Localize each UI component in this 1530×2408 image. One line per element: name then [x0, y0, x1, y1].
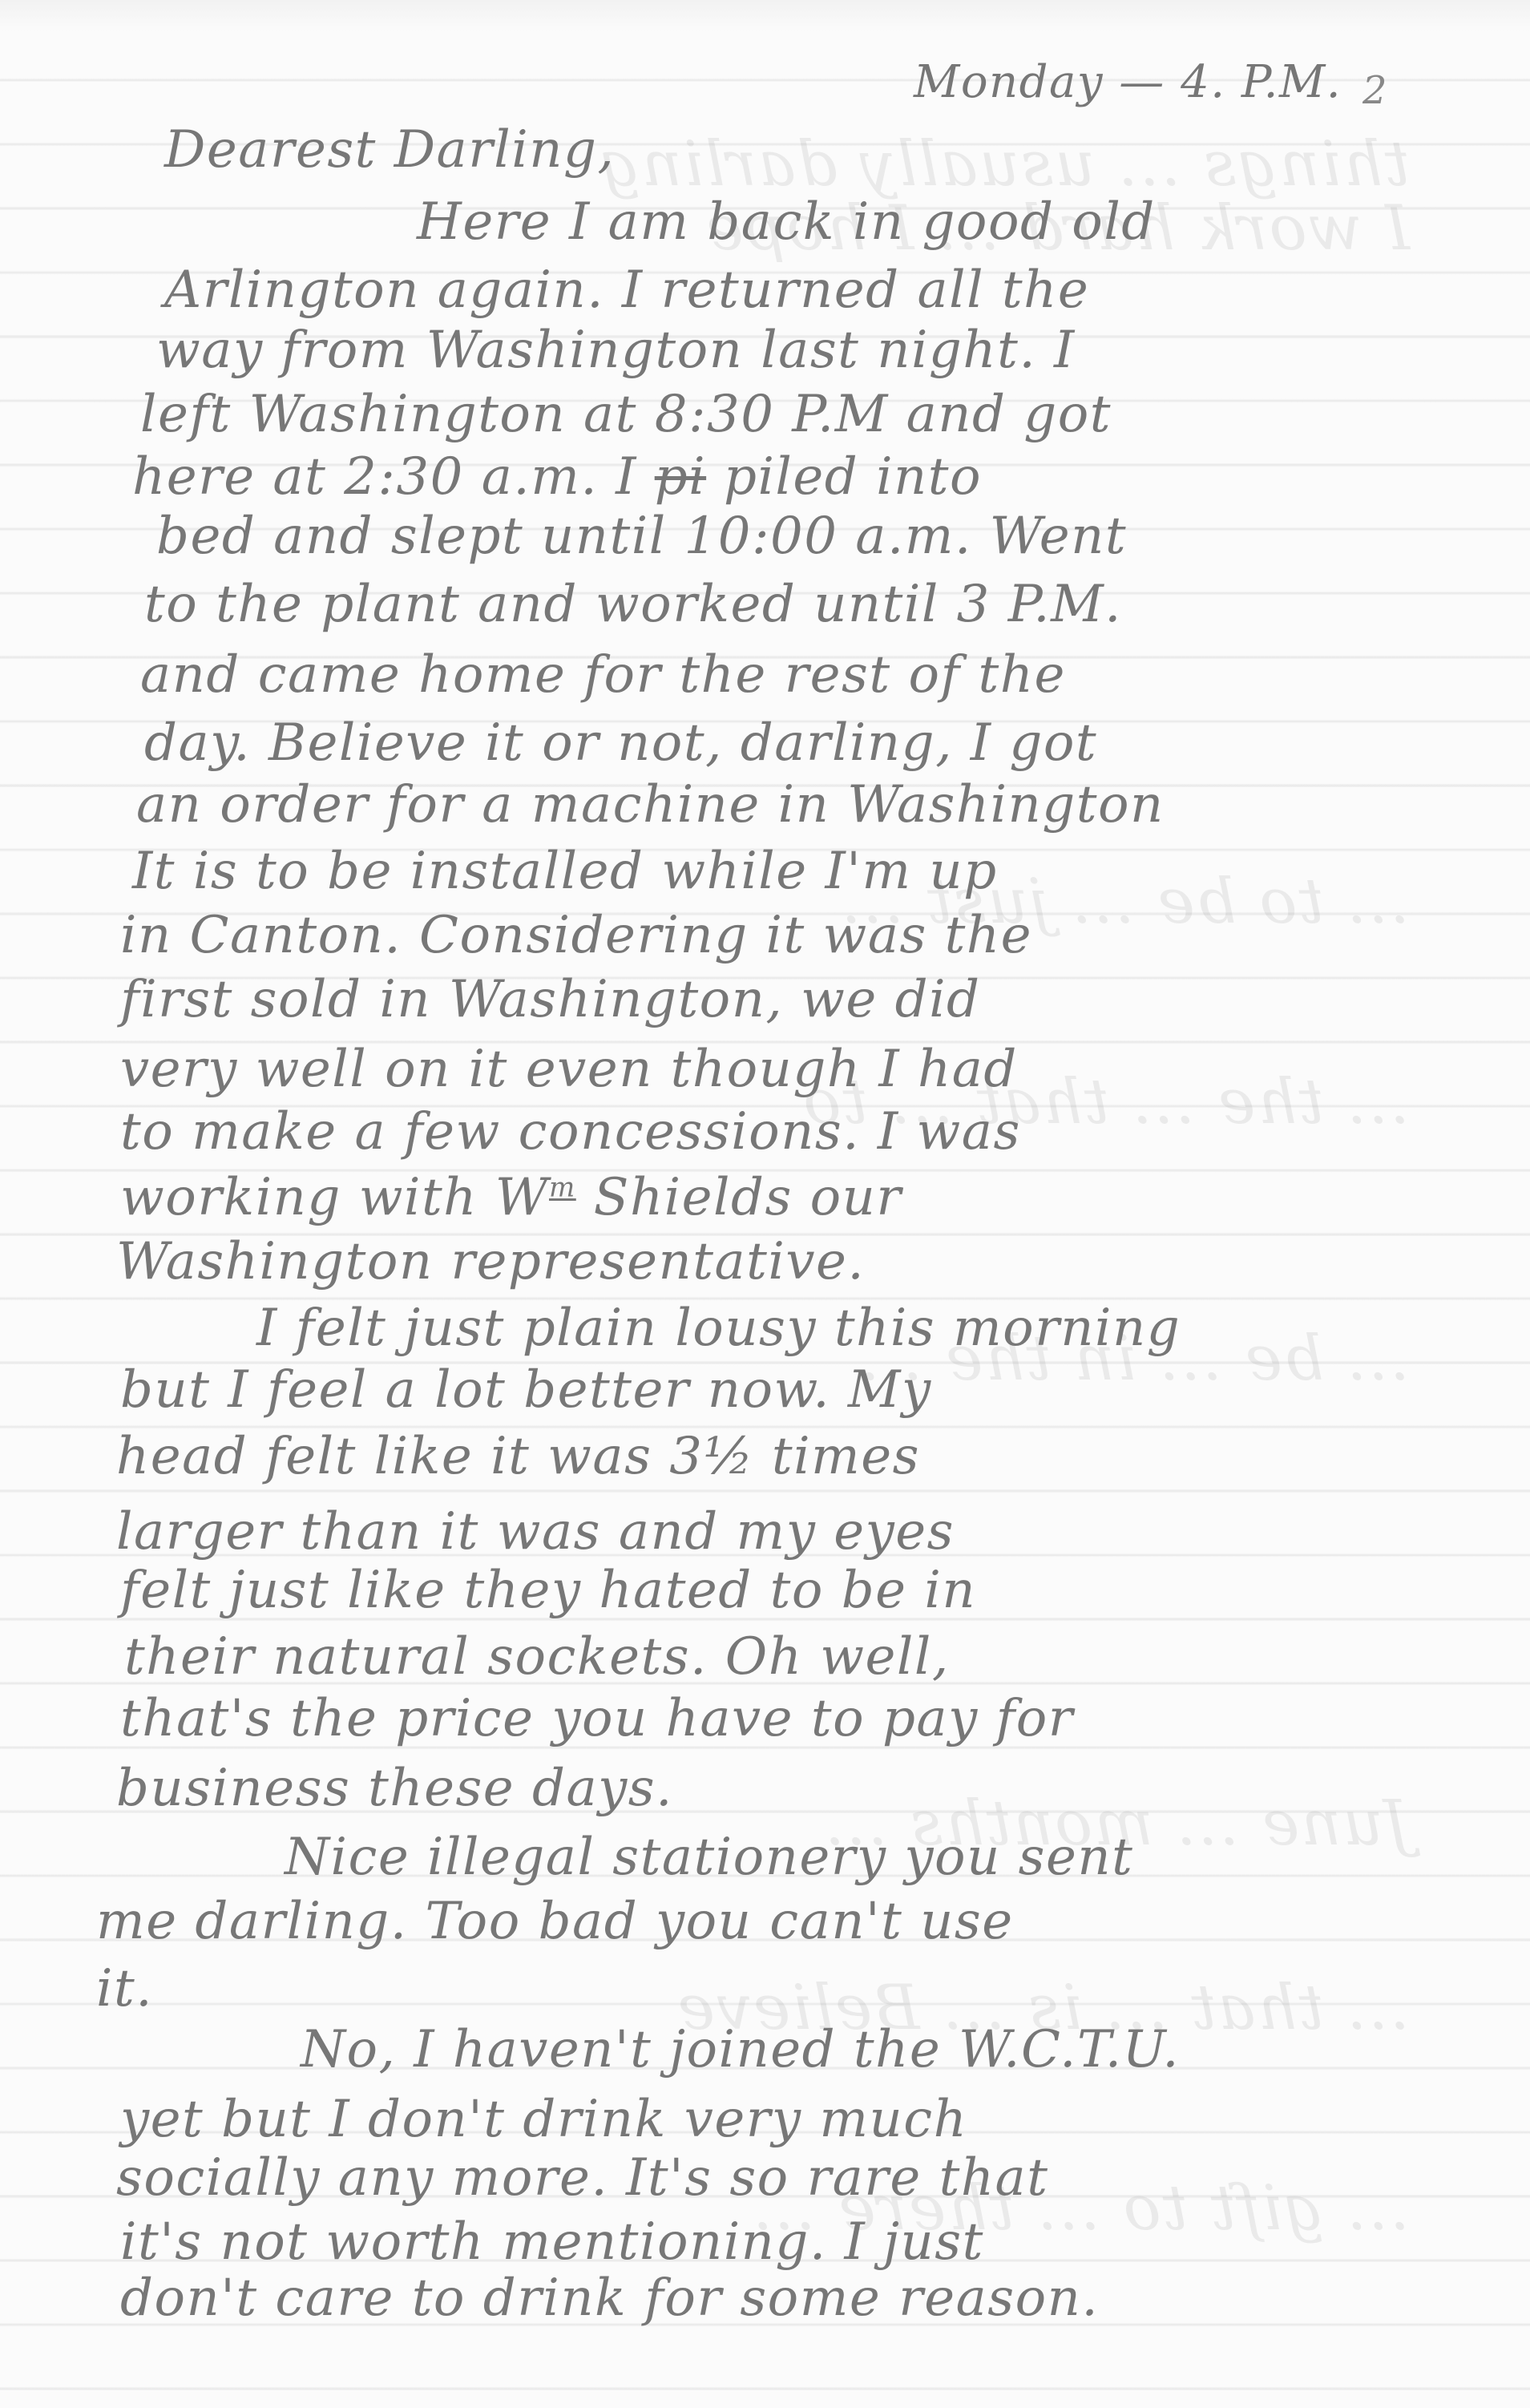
- letter-line: socially any more. It's so rare that: [116, 2152, 1048, 2204]
- line-text: piled into: [706, 447, 982, 507]
- letter-line: first sold in Washington, we did: [120, 974, 981, 1025]
- page-number-mark: 2: [1362, 68, 1387, 113]
- superscript: m: [549, 1172, 576, 1204]
- letter-line: way from Washington last night. I: [156, 325, 1076, 376]
- letter-line: and came home for the rest of the: [140, 649, 1066, 701]
- letter-line: Here I am back in good old: [417, 196, 1156, 248]
- letter-line: to make a few concessions. I was: [120, 1106, 1021, 1158]
- letter-line: an order for a machine in Washington: [136, 779, 1165, 830]
- letter-line: here at 2:30 a.m. I pi piled into: [132, 451, 982, 503]
- letter-line: that's the price you have to pay for: [120, 1693, 1074, 1744]
- letter-line: It is to be installed while I'm up: [132, 846, 998, 897]
- line-text: here at 2:30 a.m. I: [132, 447, 637, 507]
- letter-line: me darling. Too bad you can't use: [96, 1896, 1014, 1947]
- letter-line: I felt just plain lousy this morning: [256, 1303, 1181, 1354]
- letter-line: felt just like they hated to be in: [120, 1565, 976, 1616]
- salutation: Dearest Darling,: [164, 124, 615, 176]
- letter-line: very well on it even though I had: [120, 1044, 1018, 1095]
- letter-line: No, I haven't joined the W.C.T.U.: [301, 2024, 1180, 2075]
- letter-line: larger than it was and my eyes: [116, 1506, 955, 1558]
- letter-line: yet but I don't drink very much: [120, 2094, 967, 2145]
- letter-line: business these days.: [116, 1763, 673, 1814]
- letter-line: but I feel a lot better now. My: [120, 1364, 932, 1416]
- letter-line: in Canton. Considering it was the: [120, 910, 1032, 961]
- letter-line: left Washington at 8:30 P.M and got: [140, 389, 1112, 440]
- letter-line: to the plant and worked until 3 P.M.: [144, 579, 1122, 630]
- letter-line: it's not worth mentioning. I just: [120, 2216, 984, 2268]
- letter-line: Washington representative.: [116, 1236, 865, 1287]
- letter-line: it.: [96, 1963, 153, 2014]
- letter-line: working with Wm Shields our: [120, 1172, 902, 1223]
- struck-out-word: pi: [655, 447, 706, 507]
- letter-line: bed and slept until 10:00 a.m. Went: [156, 511, 1127, 562]
- dateline: Monday — 4. P.M.: [914, 60, 1342, 105]
- line-text: working with W: [120, 1168, 549, 1227]
- letter-line: don't care to drink for some reason.: [120, 2273, 1099, 2324]
- letter-line: their natural sockets. Oh well,: [124, 1631, 950, 1683]
- line-text: Shields our: [576, 1168, 902, 1227]
- letter-line: Nice illegal stationery you sent: [285, 1832, 1133, 1883]
- letter-line: day. Believe it or not, darling, I got: [144, 717, 1097, 769]
- letter-line: head felt like it was 3½ times: [116, 1431, 920, 1482]
- letter-line: Arlington again. I returned all the: [164, 265, 1089, 316]
